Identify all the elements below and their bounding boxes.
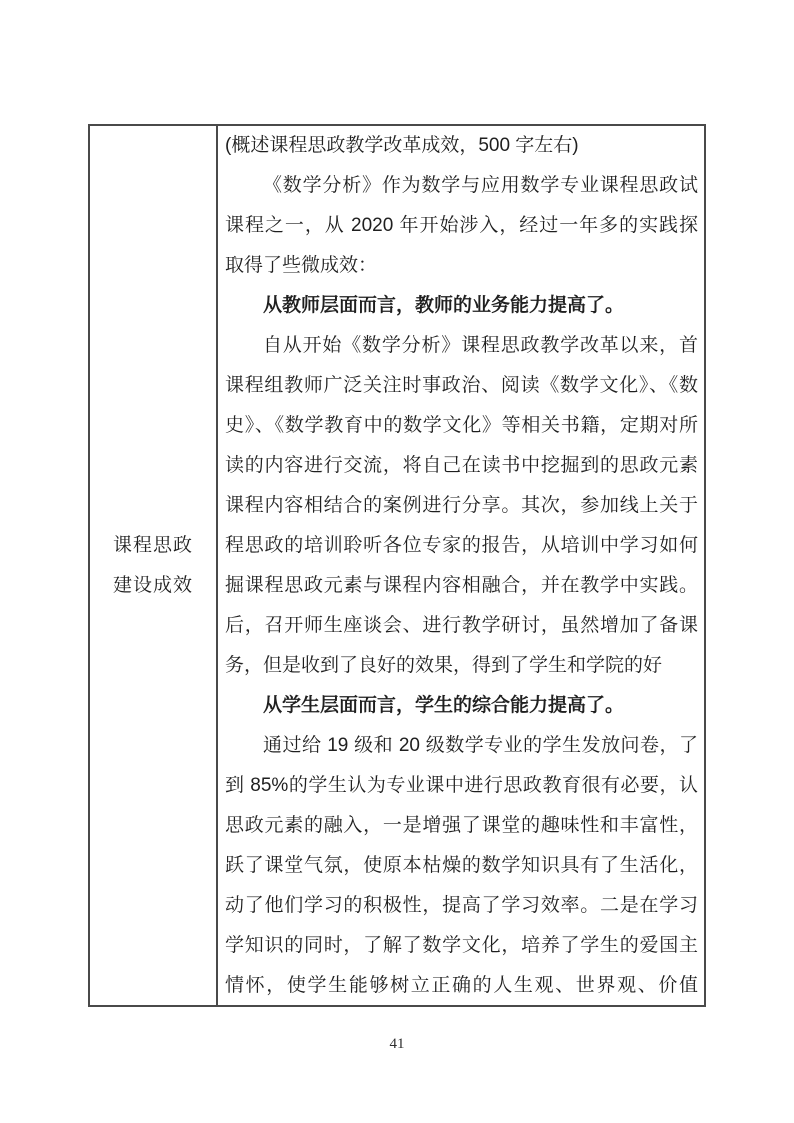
content-cell: (概述课程思政教学改革成效，500 字左右)《数学分析》作为数学与应用数学专业课… [218,126,704,1005]
text-line-1: (概述课程思政教学改革成效，500 字左右) [225,126,698,166]
text-line-16: 通过给 19 级和 20 级数学专业的学生发放问卷，了解 [225,726,698,766]
text-line-9: 读的内容进行交流，将自己在读书中挖掘到的思政元素和 [225,446,698,486]
text-line-7: 课程组教师广泛关注时事政治、阅读《数学文化》、《数学 [225,366,698,406]
row-label-line-1: 课程思政 [113,526,193,566]
text-line-13: 后，召开师生座谈会、进行教学研讨，虽然增加了备课任 [225,606,698,646]
text-line-2: 《数学分析》作为数学与应用数学专业课程思政试点 [225,166,698,206]
text-line-8: 史》、《数学教育中的数学文化》等相关书籍，定期对所阅 [225,406,698,446]
text-line-18: 思政元素的融入，一是增强了课堂的趣味性和丰富性，活 [225,806,698,846]
text-line-17: 到 85%的学生认为专业课中进行思政教育很有必要，认为 [225,766,698,806]
row-label-cell: 课程思政 建设成效 [90,126,218,1005]
text-line-15: 从学生层面而言，学生的综合能力提高了。 [225,686,698,726]
text-line-4: 取得了些微成效： [225,246,698,286]
text-line-22: 情怀，使学生能够树立正确的人生观、世界观、价值观， [225,966,698,1005]
text-line-14: 务，但是收到了良好的效果，得到了学生和学院的好评。 [225,646,698,686]
text-line-20: 动了他们学习的积极性，提高了学习效率。二是在学习数 [225,886,698,926]
text-line-11: 程思政的培训聆听各位专家的报告，从培训中学习如何挖 [225,526,698,566]
text-line-21: 学知识的同时，了解了数学文化，培养了学生的爱国主义 [225,926,698,966]
text-line-6: 自从开始《数学分析》课程思政教学改革以来，首先， [225,326,698,366]
text-line-10: 课程内容相结合的案例进行分享。其次，参加线上关于课 [225,486,698,526]
row-label-line-2: 建设成效 [113,566,193,606]
text-line-12: 掘课程思政元素与课程内容相融合，并在教学中实践。最 [225,566,698,606]
text-line-19: 跃了课堂气氛，使原本枯燥的数学知识具有了生活化，调 [225,846,698,886]
course-ideology-table: 课程思政 建设成效 (概述课程思政教学改革成效，500 字左右)《数学分析》作为… [88,124,706,1007]
text-line-5: 从教师层面而言，教师的业务能力提高了。 [225,286,698,326]
text-line-3: 课程之一，从 2020 年开始涉入，经过一年多的实践探索， [225,206,698,246]
page-number: 41 [0,1036,794,1053]
